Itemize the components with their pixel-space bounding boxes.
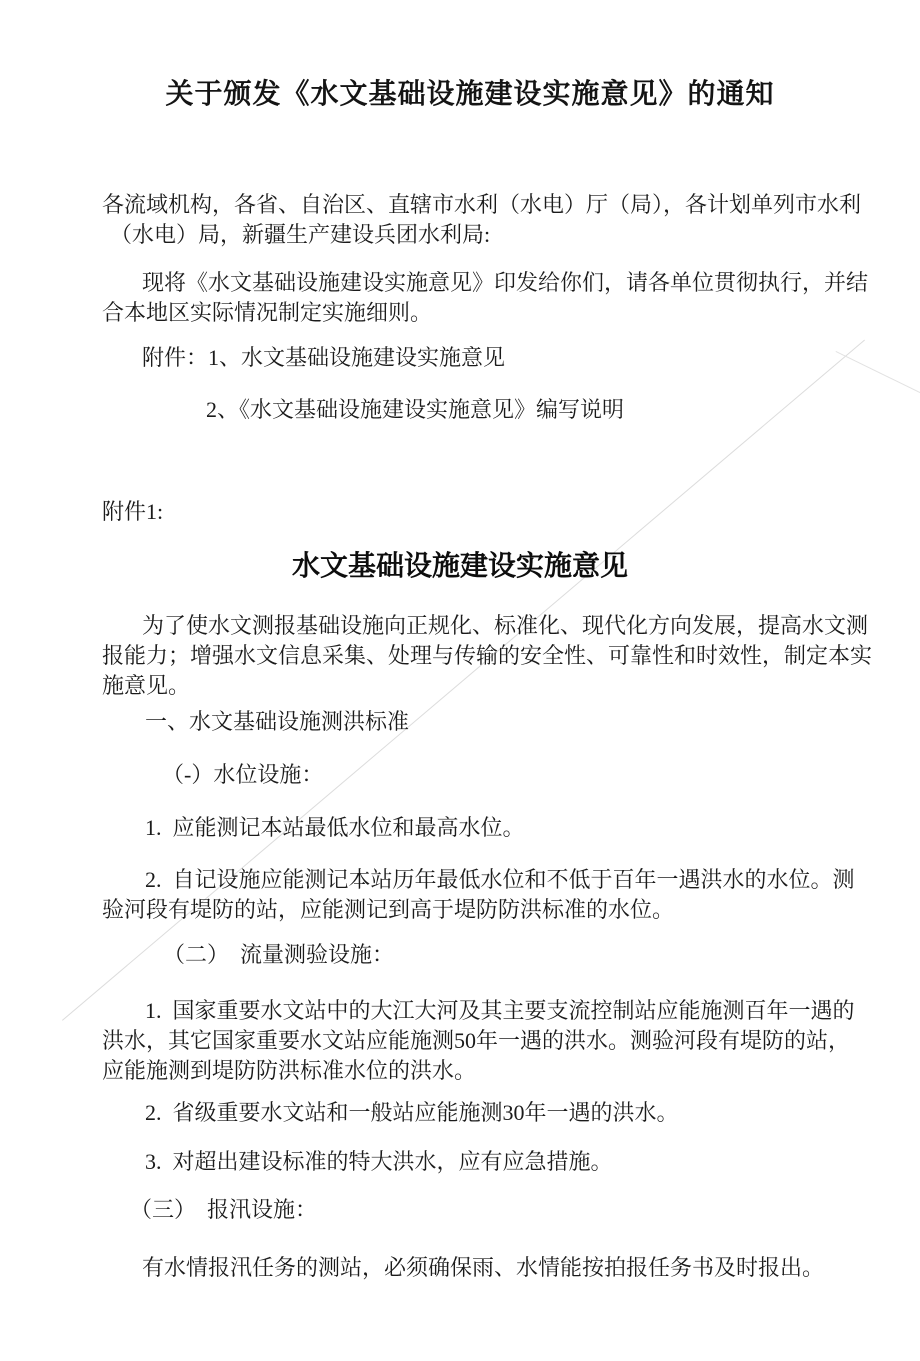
- sub1-title-text: （-）水位设施：: [102, 760, 892, 790]
- sub1-item-1-text: 1. 应能测记本站最低水位和最高水位。: [102, 813, 892, 843]
- sub1-item-2: 2. 自记设施应能测记本站历年最低水位和不低于百年一遇洪水的水位。测 验河段有堤…: [102, 865, 892, 925]
- intro-line: 报能力；增强水文信息采集、处理与传输的安全性、可靠性和时效性，制定本实: [102, 641, 892, 671]
- sub1-item-2-line: 2. 自记设施应能测记本站历年最低水位和不低于百年一遇洪水的水位。测: [102, 865, 892, 895]
- sub1-title: （-）水位设施：: [102, 760, 892, 790]
- sub1-item-1: 1. 应能测记本站最低水位和最高水位。: [102, 813, 892, 843]
- attachment-label-text: 附件1:: [102, 497, 892, 527]
- notice-body-line: 合本地区实际情况制定实施细则。: [102, 298, 892, 328]
- section1-title-text: 一、水文基础设施测洪标准: [102, 707, 892, 737]
- sub2-item-1-line: 洪水，其它国家重要水文站应能施测50年一遇的洪水。测验河段有堤防的站，: [102, 1026, 892, 1056]
- intro-line: 施意见。: [102, 671, 892, 701]
- sub3-note-text: 有水情报汛任务的测站，必须确保雨、水情能按拍报任务书及时报出。: [102, 1253, 892, 1283]
- salutation-paragraph: 各流域机构，各省、自治区、直辖市水利（水电）厅（局），各计划单列市水利 （水电）…: [102, 190, 892, 250]
- salutation-line: 各流域机构，各省、自治区、直辖市水利（水电）厅（局），各计划单列市水利: [102, 190, 892, 220]
- attachments-list-item-1: 附件：1、水文基础设施建设实施意见: [102, 343, 892, 373]
- sub2-item-1-line: 1. 国家重要水文站中的大江大河及其主要支流控制站应能施测百年一遇的: [102, 996, 892, 1026]
- sub1-item-2-line: 验河段有堤防的站，应能测记到高于堤防防洪标准的水位。: [102, 895, 892, 925]
- sub2-item-2-text: 2. 省级重要水文站和一般站应能施测30年一遇的洪水。: [102, 1098, 892, 1128]
- attachments-list-item-2: 2、《水文基础设施建设实施意见》编写说明: [102, 395, 892, 425]
- sub2-item-3-text: 3. 对超出建设标准的特大洪水，应有应急措施。: [102, 1147, 892, 1177]
- intro-paragraph: 为了使水文测报基础设施向正规化、标准化、现代化方向发展，提高水文测 报能力；增强…: [102, 611, 892, 701]
- sub2-title-text: （二） 流量测验设施：: [102, 940, 892, 970]
- attachment-heading: 水文基础设施建设实施意见: [0, 549, 920, 583]
- notice-title: 关于颁发《水文基础设施建设实施意见》的通知: [0, 77, 920, 111]
- sub3-note: 有水情报汛任务的测站，必须确保雨、水情能按拍报任务书及时报出。: [102, 1253, 892, 1283]
- salutation-line: （水电）局，新疆生产建设兵团水利局:: [102, 220, 892, 250]
- sub3-title-text: （三） 报汛设施：: [102, 1195, 892, 1225]
- attachments-list-line: 2、《水文基础设施建设实施意见》编写说明: [102, 395, 892, 425]
- notice-body-paragraph: 现将《水文基础设施建设实施意见》印发给你们，请各单位贯彻执行，并结 合本地区实际…: [102, 268, 892, 328]
- sub2-item-2: 2. 省级重要水文站和一般站应能施测30年一遇的洪水。: [102, 1098, 892, 1128]
- sub2-item-1-line: 应能施测到堤防防洪标准水位的洪水。: [102, 1056, 892, 1086]
- sub2-item-3: 3. 对超出建设标准的特大洪水，应有应急措施。: [102, 1147, 892, 1177]
- attachment-label: 附件1:: [102, 497, 892, 527]
- intro-line: 为了使水文测报基础设施向正规化、标准化、现代化方向发展，提高水文测: [102, 611, 892, 641]
- attachments-list-line: 附件：1、水文基础设施建设实施意见: [102, 343, 892, 373]
- document-page: 关于颁发《水文基础设施建设实施意见》的通知 各流域机构，各省、自治区、直辖市水利…: [0, 0, 920, 1361]
- notice-body-line: 现将《水文基础设施建设实施意见》印发给你们，请各单位贯彻执行，并结: [102, 268, 892, 298]
- sub2-item-1: 1. 国家重要水文站中的大江大河及其主要支流控制站应能施测百年一遇的 洪水，其它…: [102, 996, 892, 1086]
- sub3-title: （三） 报汛设施：: [102, 1195, 892, 1225]
- section1-title: 一、水文基础设施测洪标准: [102, 707, 892, 737]
- sub2-title: （二） 流量测验设施：: [102, 940, 892, 970]
